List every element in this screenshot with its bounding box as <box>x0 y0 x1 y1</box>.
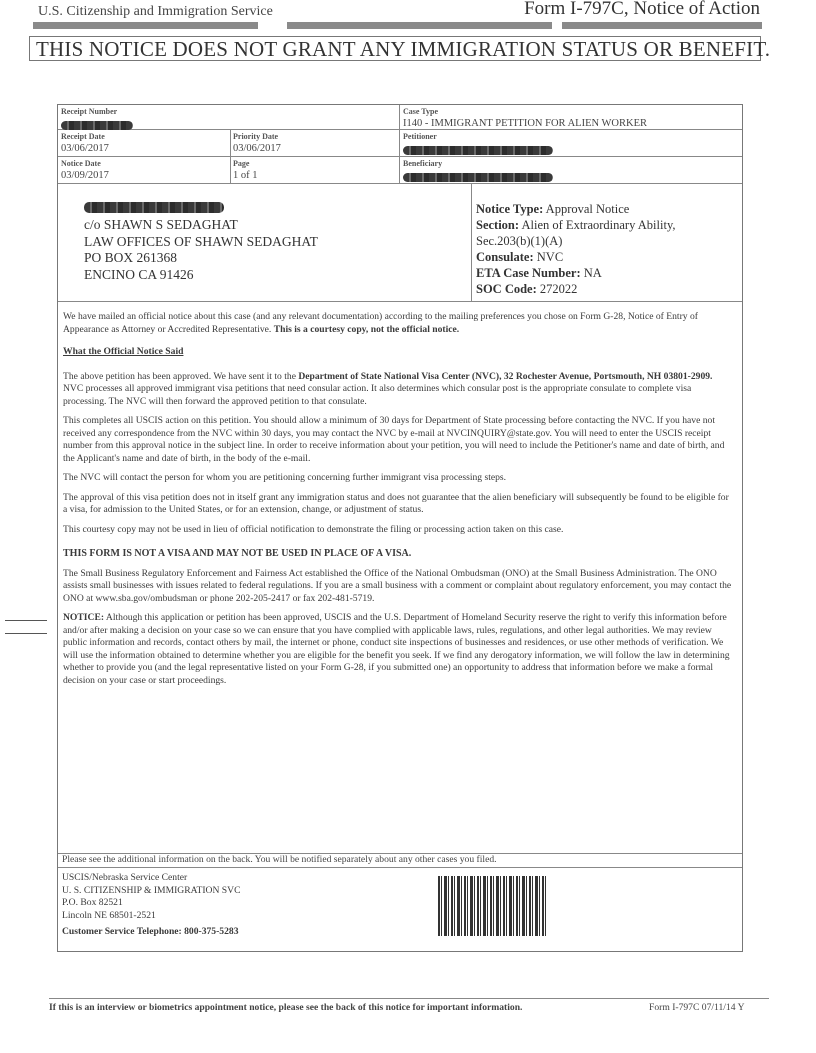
petitioner-redacted <box>403 146 553 155</box>
address-line: c/o SHAWN S SEDAGHAT <box>84 217 318 234</box>
beneficiary-cell: Beneficiary <box>403 159 553 187</box>
page-value: 1 of 1 <box>233 169 258 182</box>
addressee-redacted <box>84 202 224 213</box>
beneficiary-label: Beneficiary <box>403 159 553 169</box>
ombudsman-paragraph: The Small Business Regulatory Enforcemen… <box>63 568 734 606</box>
form-title: Form I-797C, Notice of Action <box>524 0 760 20</box>
priority-date-label: Priority Date <box>233 132 281 142</box>
header-bar <box>562 22 762 29</box>
case-type-cell: Case Type I140 - IMMIGRANT PETITION FOR … <box>403 107 647 130</box>
divider <box>58 301 742 302</box>
eta-case-number: ETA Case Number: NA <box>476 265 676 281</box>
header-bar <box>33 22 258 29</box>
case-type-label: Case Type <box>403 107 647 117</box>
additional-info: Please see the additional information on… <box>62 854 497 865</box>
header-bar <box>287 22 552 29</box>
status-banner: THIS NOTICE DOES NOT GRANT ANY IMMIGRATI… <box>29 36 761 61</box>
soc-code: SOC Code: 272022 <box>476 281 676 297</box>
notice-date-value: 03/09/2017 <box>61 169 109 182</box>
divider <box>471 183 472 301</box>
receipt-number-cell: Receipt Number <box>61 107 133 135</box>
margin-mark <box>5 633 47 634</box>
service-center-line: P.O. Box 82521 <box>62 897 240 910</box>
divider <box>230 129 231 183</box>
petitioner-label: Petitioner <box>403 132 553 142</box>
receipt-date-cell: Receipt Date 03/06/2017 <box>61 132 109 155</box>
status-paragraph: The approval of this visa petition does … <box>63 492 734 517</box>
service-center-line: USCIS/Nebraska Service Center <box>62 872 240 885</box>
receipt-date-label: Receipt Date <box>61 132 109 142</box>
divider <box>58 156 742 157</box>
service-center-line: U. S. CITIZENSHIP & IMMIGRATION SVC <box>62 885 240 898</box>
notice-type: Notice Type: Approval Notice <box>476 201 676 217</box>
mailing-address: c/o SHAWN S SEDAGHAT LAW OFFICES OF SHAW… <box>84 201 318 283</box>
contact-paragraph: The NVC will contact the person for whom… <box>63 472 734 485</box>
notice-info: Notice Type: Approval Notice Section: Al… <box>476 201 676 297</box>
divider <box>58 183 742 184</box>
margin-mark <box>5 620 47 621</box>
nvc-paragraph: This completes all USCIS action on this … <box>63 415 734 465</box>
footer-note: If this is an interview or biometrics ap… <box>49 1002 522 1013</box>
divider <box>58 867 742 868</box>
address-line: ENCINO CA 91426 <box>84 267 318 284</box>
service-center-address: USCIS/Nebraska Service Center U. S. CITI… <box>62 872 240 939</box>
receipt-date-value: 03/06/2017 <box>61 142 109 155</box>
page-cell: Page 1 of 1 <box>233 159 258 182</box>
barcode <box>438 876 546 936</box>
form-box: Receipt Number Case Type I140 - IMMIGRAN… <box>57 104 743 952</box>
footer-divider <box>49 998 769 999</box>
customer-service-phone: Customer Service Telephone: 800-375-5283 <box>62 926 240 939</box>
priority-date-value: 03/06/2017 <box>233 142 281 155</box>
intro-paragraph: We have mailed an official notice about … <box>63 311 734 336</box>
courtesy-paragraph: This courtesy copy may not be used in li… <box>63 524 734 537</box>
not-a-visa-statement: THIS FORM IS NOT A VISA AND MAY NOT BE U… <box>63 548 734 561</box>
address-line: PO BOX 261368 <box>84 250 318 267</box>
service-center-line: Lincoln NE 68501-2521 <box>62 910 240 923</box>
receipt-number-label: Receipt Number <box>61 107 133 117</box>
divider <box>399 105 400 183</box>
form-version: Form I-797C 07/11/14 Y <box>649 1002 745 1013</box>
notice-date-label: Notice Date <box>61 159 109 169</box>
priority-date-cell: Priority Date 03/06/2017 <box>233 132 281 155</box>
receipt-number-redacted <box>61 121 133 130</box>
beneficiary-redacted <box>403 173 553 182</box>
approval-paragraph: The above petition has been approved. We… <box>63 371 734 409</box>
section-cont: Sec.203(b)(1)(A) <box>476 233 676 249</box>
page-label: Page <box>233 159 258 169</box>
verification-notice: NOTICE: Although this application or pet… <box>63 612 734 687</box>
address-line: LAW OFFICES OF SHAWN SEDAGHAT <box>84 234 318 251</box>
agency-name: U.S. Citizenship and Immigration Service <box>38 4 273 20</box>
petitioner-cell: Petitioner <box>403 132 553 160</box>
notice-date-cell: Notice Date 03/09/2017 <box>61 159 109 182</box>
notice-body: We have mailed an official notice about … <box>63 311 734 694</box>
section: Section: Alien of Extraordinary Ability, <box>476 217 676 233</box>
case-type-value: I140 - IMMIGRANT PETITION FOR ALIEN WORK… <box>403 117 647 130</box>
section-heading: What the Official Notice Said <box>63 346 734 359</box>
consulate: Consulate: NVC <box>476 249 676 265</box>
